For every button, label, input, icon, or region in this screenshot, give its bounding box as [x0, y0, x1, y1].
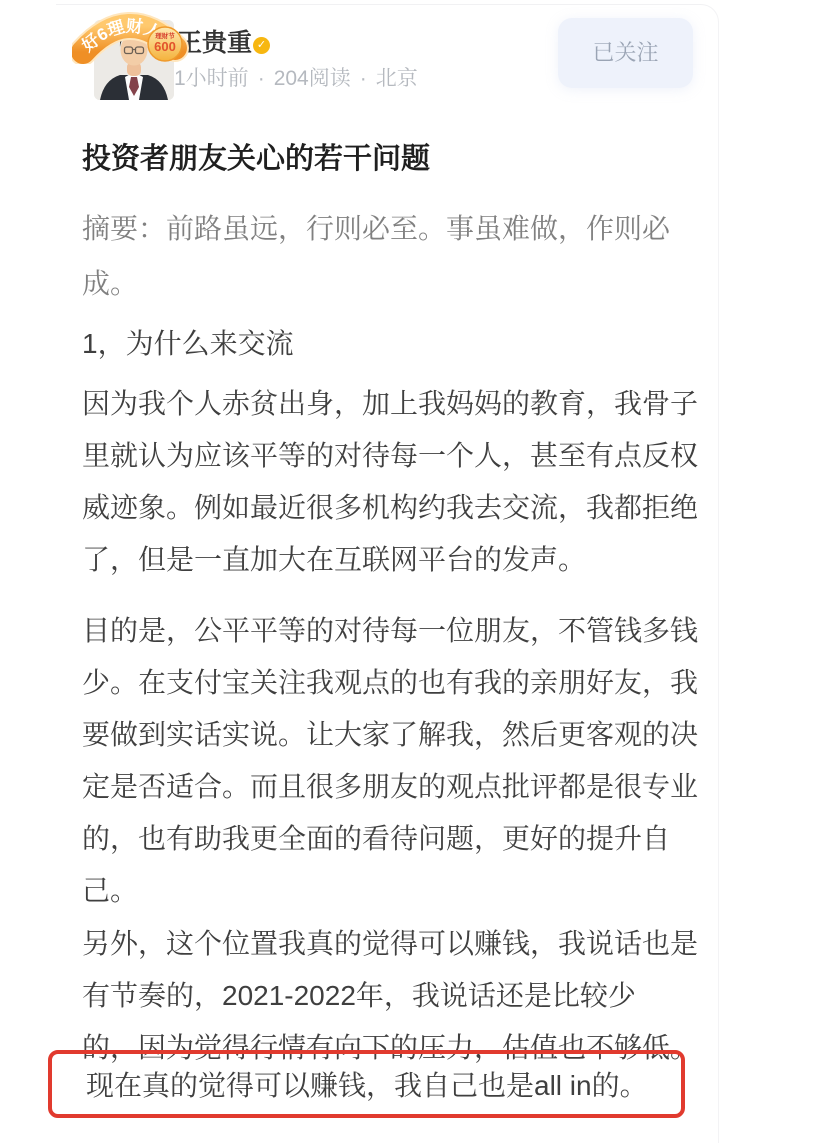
- highlighted-line: 现在真的觉得可以赚钱，我自己也是all in的。: [86, 1068, 681, 1104]
- user-avatar[interactable]: [94, 20, 174, 100]
- paragraph-line: 的，也有助我更全面的看待问题，更好的提升自: [82, 813, 716, 865]
- paragraph: 目的是，公平平等的对待每一位朋友，不管钱多钱 少。在支付宝关注我观点的也有我的亲…: [82, 605, 716, 917]
- paragraph: 因为我个人赤贫出身，加上我妈妈的教育，我骨子 里就认为应该平等的对待每一个人，甚…: [82, 378, 716, 586]
- red-annotation-box: 现在真的觉得可以赚钱，我自己也是all in的。: [48, 1050, 685, 1118]
- follow-button[interactable]: 已关注: [558, 18, 693, 88]
- post-card: 好6理财人 理财节 600 王贵重 ✓ 1小时前·204阅读·北京 已关注 投资…: [0, 0, 832, 1146]
- post-location: 北京: [376, 67, 418, 90]
- section-heading: 1，为什么来交流: [82, 318, 716, 370]
- paragraph-line: 另外，这个位置我真的觉得可以赚钱，我说话也是: [82, 918, 716, 970]
- post-reads: 204阅读: [274, 67, 351, 90]
- post-time: 1小时前: [174, 67, 249, 90]
- paragraph-line: 了，但是一直加大在互联网平台的发声。: [82, 534, 716, 586]
- paragraph-line: 里就认为应该平等的对待每一个人，甚至有点反权: [82, 430, 716, 482]
- verified-badge-icon: ✓: [253, 37, 270, 54]
- post-body: 投资者朋友关心的若干问题 摘要：前路虽远，行则必至。事虽难做，作则必 成。 1，…: [82, 136, 716, 1118]
- summary-line: 摘要：前路虽远，行则必至。事虽难做，作则必: [82, 201, 716, 256]
- username[interactable]: 王贵重: [177, 28, 252, 58]
- post-meta: 1小时前·204阅读·北京: [174, 66, 418, 92]
- meta-separator: ·: [258, 67, 265, 90]
- paragraph-line: 因为我个人赤贫出身，加上我妈妈的教育，我骨子: [82, 378, 716, 430]
- paragraph-line: 要做到实话实说。让大家了解我，然后更客观的决: [82, 709, 716, 761]
- paragraph-line: 有节奏的，2021-2022年，我说话还是比较少: [82, 970, 716, 1022]
- paragraph-line: 己。: [82, 865, 716, 917]
- paragraph-line: 目的是，公平平等的对待每一位朋友，不管钱多钱: [82, 605, 716, 657]
- paragraph-line: 定是否适合。而且很多朋友的观点批评都是很专业: [82, 761, 716, 813]
- meta-separator: ·: [360, 67, 367, 90]
- summary-line: 成。: [82, 256, 716, 311]
- avatar-portrait: [94, 20, 174, 100]
- post-title: 投资者朋友关心的若干问题: [82, 136, 716, 182]
- post-summary: 摘要：前路虽远，行则必至。事虽难做，作则必 成。: [82, 201, 716, 311]
- paragraph-line: 少。在支付宝关注我观点的也有我的亲朋好友，我: [82, 657, 716, 709]
- paragraph-line: 威迹象。例如最近很多机构约我去交流，我都拒绝: [82, 482, 716, 534]
